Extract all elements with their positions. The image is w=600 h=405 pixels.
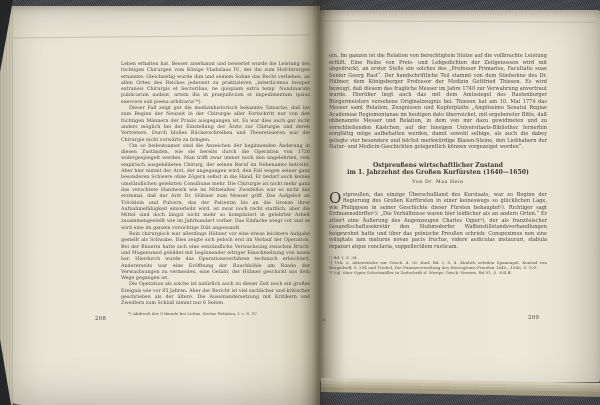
paragraph: Rein chirurgisch war allerdings Hübner v… (121, 232, 310, 282)
article-first-paragraph: Ostpreußen, das einzige Überschußland de… (329, 192, 547, 251)
paragraph: Leben erhalten hat. Besser anerkannt und… (121, 62, 310, 106)
article-title-line1: Ostpreußens wirtschaftlicher Zustand (333, 162, 543, 169)
article-title-line2: im 1. Jahrzehnt des Großen Kurfürsten (1… (333, 169, 543, 177)
paragraph: Dieser Fall zeigt gut die medizinhistori… (121, 106, 310, 144)
paragraph: Die Operation als solche ist natürlich a… (121, 282, 310, 307)
footnotes: ¹) Bd. I, S. 34. ²) Urk. u. Aktenstücke … (329, 255, 547, 275)
article-byline: Von Dr. Max Hein (333, 180, 543, 187)
footnote: ³) Vgl. über Ogier Schottmüller in Zeits… (329, 270, 547, 275)
signature-mark: 14 (321, 317, 326, 322)
footnote: *) Abdruck der Urkunde bei Lottas, Kerta… (121, 311, 310, 316)
footnote: ²) Urk. u. Aktenstücke zur Gesch. d. Gr.… (329, 260, 547, 270)
left-page-text: Leben erhalten hat. Besser anerkannt und… (121, 62, 310, 316)
paragraph: ein. Im ganzen ist die Relation von bere… (329, 53, 547, 151)
right-page-text: ein. Im ganzen ist die Relation von bere… (329, 53, 547, 275)
page-number-left: 208 (95, 316, 106, 322)
article-text: stpreußen, das einzige Überschußland des… (329, 192, 547, 250)
drop-cap: O (329, 192, 343, 205)
book-photo: Leben erhalten hat. Besser anerkannt und… (0, 0, 600, 405)
page-fore-edge (0, 6, 13, 405)
article-heading: Ostpreußens wirtschaftlicher Zustand im … (333, 162, 543, 187)
page-number-right: 209 (528, 315, 539, 321)
paragraph: Um so bedeutsamer sind die Anzeichen der… (121, 144, 310, 232)
